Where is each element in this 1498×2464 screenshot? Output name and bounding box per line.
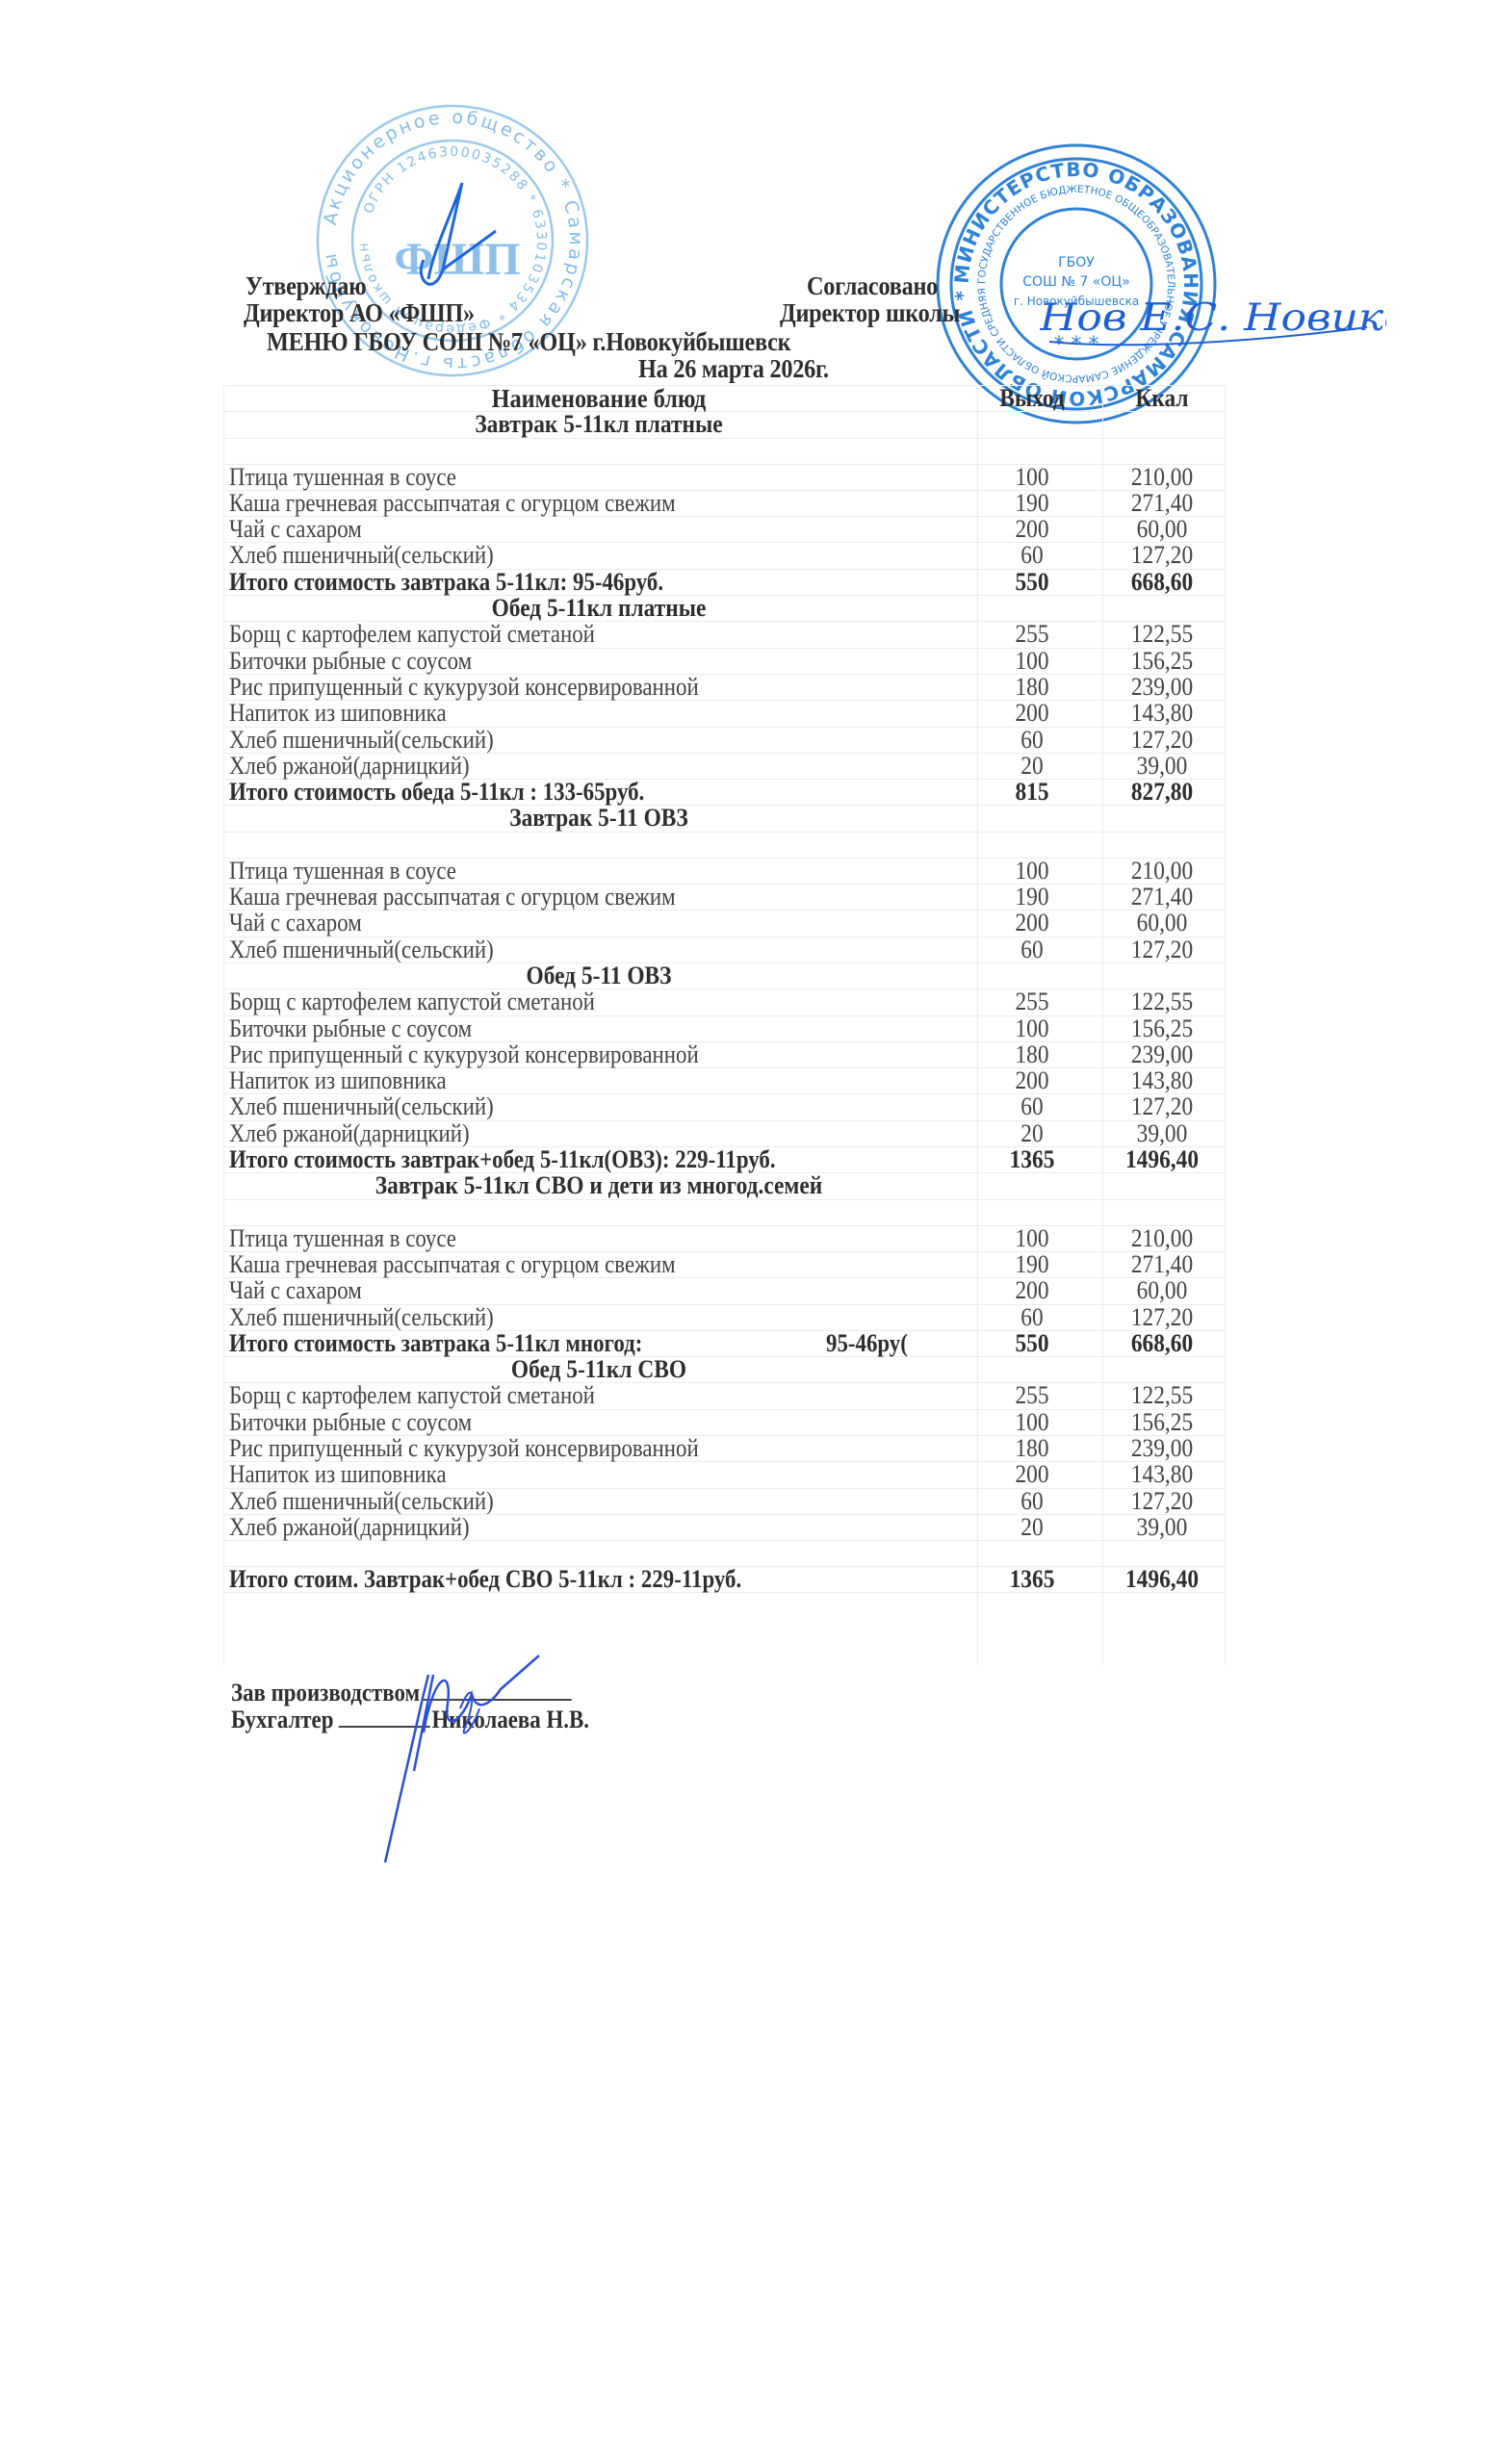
dish-name: Борщ с картофелем капустой сметаной <box>229 989 595 1014</box>
total-row: Итого стоимость завтрака 5-11кл многод:9… <box>223 1331 1225 1357</box>
total-row: Итого стоимость завтрака 5-11кл: 95-46ру… <box>223 570 1225 596</box>
dish-name: Хлеб пшеничный(сельский) <box>229 1305 494 1330</box>
section-title: Завтрак 5-11 ОВЗ <box>261 806 937 831</box>
output-value: 20 <box>985 1121 1080 1146</box>
output-value: 180 <box>985 675 1080 700</box>
output-value: 200 <box>985 517 1080 542</box>
output-value: 20 <box>985 1515 1080 1540</box>
section-title: Обед 5-11кл платные <box>261 596 937 621</box>
kcal-value: 39,00 <box>1110 1121 1214 1146</box>
table-row: Напиток из шиповника200143,80 <box>223 1462 1225 1488</box>
kcal-value: 60,00 <box>1110 911 1214 936</box>
table-body: Завтрак 5-11кл платныеПтица тушенная в с… <box>223 412 1225 1593</box>
kcal-value: 1496,40 <box>1110 1147 1214 1172</box>
empty-row <box>223 1200 1225 1226</box>
table-row: Рис припущенный с кукурузой консервирова… <box>223 1436 1225 1462</box>
kcal-value: 156,25 <box>1110 1410 1214 1435</box>
kcal-value: 143,80 <box>1110 1462 1214 1487</box>
output-value: 255 <box>985 1383 1080 1408</box>
column-output-header: Выход <box>985 386 1080 411</box>
output-value: 815 <box>985 780 1080 805</box>
output-value: 255 <box>985 622 1080 647</box>
table-row: Рис припущенный с кукурузой консервирова… <box>223 1042 1225 1068</box>
kcal-value: 122,55 <box>1110 1383 1214 1408</box>
output-value: 550 <box>985 570 1080 595</box>
director-left: Директор АО «ФШП» <box>244 298 475 328</box>
kcal-value: 122,55 <box>1110 989 1214 1014</box>
kcal-value: 127,20 <box>1110 543 1214 568</box>
total-row: Итого стоимость обеда 5-11кл : 133-65руб… <box>223 780 1225 806</box>
dish-name: Каша гречневая рассыпчатая с огурцом све… <box>229 491 676 516</box>
output-value: 200 <box>985 1462 1080 1487</box>
dish-name: Борщ с картофелем капустой сметаной <box>229 622 595 647</box>
output-value: 60 <box>985 543 1080 568</box>
kcal-value: 239,00 <box>1110 675 1214 700</box>
table-row: Напиток из шиповника200143,80 <box>223 701 1225 727</box>
dish-name: Хлеб пшеничный(сельский) <box>229 1489 494 1514</box>
stamp-line-2: СОШ № 7 «ОЦ» <box>1022 274 1130 290</box>
kcal-value: 127,20 <box>1110 937 1214 962</box>
price-suffix: 95-46ру( <box>826 1331 908 1356</box>
table-row: Хлеб пшеничный(сельский)60127,20 <box>223 1489 1225 1515</box>
total-row: Итого стоим. Завтрак+обед СВО 5-11кл : 2… <box>223 1567 1225 1593</box>
table-row: Хлеб ржаной(дарницкий)2039,00 <box>223 1515 1225 1541</box>
dish-name: Рис припущенный с кукурузой консервирова… <box>229 675 699 700</box>
dish-name: Хлеб ржаной(дарницкий) <box>229 1515 470 1540</box>
dish-name: Хлеб пшеничный(сельский) <box>229 1094 494 1119</box>
dish-name: Борщ с картофелем капустой сметаной <box>229 1383 595 1408</box>
table-row: Чай с сахаром20060,00 <box>223 1278 1225 1304</box>
dish-name: Хлеб пшеничный(сельский) <box>229 728 494 753</box>
output-value: 190 <box>985 1252 1080 1277</box>
kcal-value: 271,40 <box>1110 1252 1214 1277</box>
dish-name: Чай с сахаром <box>229 517 362 542</box>
director-signature: Нов Е.С. Новикова <box>1040 289 1386 366</box>
table-header: Наименование блюд Выход Ккал <box>223 386 1225 412</box>
menu-title: МЕНЮ ГБОУ СОШ №7 «ОЦ» г.Новокуйбышевск <box>267 327 790 357</box>
column-name-header: Наименование блюд <box>261 386 937 411</box>
kcal-value: 156,25 <box>1110 1016 1214 1041</box>
section-title: Завтрак 5-11кл платные <box>261 412 937 437</box>
grid-line <box>1225 385 1226 1665</box>
output-value: 200 <box>985 911 1080 936</box>
section-header: Завтрак 5-11 ОВЗ <box>223 806 1225 832</box>
output-value: 60 <box>985 1305 1080 1330</box>
output-value: 20 <box>985 754 1080 779</box>
kcal-value: 271,40 <box>1110 885 1214 910</box>
dish-name: Биточки рыбные с соусом <box>229 1410 472 1435</box>
dish-name: Хлеб пшеничный(сельский) <box>229 543 494 568</box>
menu-table: Наименование блюд Выход Ккал Завтрак 5-1… <box>223 385 1225 1593</box>
dish-name: Птица тушенная в соусе <box>229 859 456 884</box>
output-value: 1365 <box>985 1567 1080 1592</box>
dish-name: Напиток из шиповника <box>229 1462 447 1487</box>
dish-name: Напиток из шиповника <box>229 701 447 726</box>
kcal-value: 239,00 <box>1110 1436 1214 1461</box>
dish-name: Чай с сахаром <box>229 911 362 936</box>
kcal-value: 127,20 <box>1110 1094 1214 1119</box>
kcal-value: 1496,40 <box>1110 1567 1214 1592</box>
dish-name: Птица тушенная в соусе <box>229 465 456 490</box>
section-title: Обед 5-11 ОВЗ <box>261 963 937 988</box>
agreed-label: Согласовано <box>807 271 938 301</box>
table-row: Хлеб ржаной(дарницкий)2039,00 <box>223 754 1225 780</box>
dish-name: Хлеб ржаной(дарницкий) <box>229 754 470 779</box>
table-row: Биточки рыбные с соусом100156,25 <box>223 649 1225 675</box>
table-row: Птица тушенная в соусе100210,00 <box>223 465 1225 491</box>
table-row: Птица тушенная в соусе100210,00 <box>223 859 1225 885</box>
total-row: Итого стоимость завтрак+обед 5-11кл(ОВЗ)… <box>223 1147 1225 1173</box>
kcal-value: 210,00 <box>1110 859 1214 884</box>
kcal-value: 127,20 <box>1110 1305 1214 1330</box>
footer-signature <box>366 1636 578 1867</box>
output-value: 180 <box>985 1042 1080 1067</box>
dish-name: Итого стоимость завтрака 5-11кл: 95-46ру… <box>229 570 663 595</box>
kcal-value: 239,00 <box>1110 1042 1214 1067</box>
kcal-value: 127,20 <box>1110 728 1214 753</box>
kcal-value: 143,80 <box>1110 701 1214 726</box>
kcal-value: 668,60 <box>1110 1331 1214 1356</box>
output-value: 190 <box>985 885 1080 910</box>
table-row: Борщ с картофелем капустой сметаной25512… <box>223 622 1225 648</box>
table-row: Каша гречневая рассыпчатая с огурцом све… <box>223 1252 1225 1278</box>
dish-name: Итого стоимость завтрак+обед 5-11кл(ОВЗ)… <box>229 1147 776 1172</box>
output-value: 550 <box>985 1331 1080 1356</box>
kcal-value: 143,80 <box>1110 1068 1214 1093</box>
output-value: 60 <box>985 937 1080 962</box>
table-row: Хлеб ржаной(дарницкий)2039,00 <box>223 1121 1225 1147</box>
table-row: Биточки рыбные с соусом100156,25 <box>223 1410 1225 1436</box>
kcal-value: 39,00 <box>1110 1515 1214 1540</box>
table-row: Хлеб пшеничный(сельский)60127,20 <box>223 728 1225 754</box>
dish-name: Напиток из шиповника <box>229 1068 447 1093</box>
kcal-value: 60,00 <box>1110 517 1214 542</box>
output-value: 100 <box>985 649 1080 674</box>
director-right: Директор школы <box>780 298 960 328</box>
dish-name: Итого стоимость обеда 5-11кл : 133-65руб… <box>229 780 644 805</box>
dish-name: Рис припущенный с кукурузой консервирова… <box>229 1436 699 1461</box>
dish-name: Птица тушенная в соусе <box>229 1226 456 1251</box>
output-value: 200 <box>985 1068 1080 1093</box>
section-title: Обед 5-11кл СВО <box>261 1357 937 1382</box>
table-row: Биточки рыбные с соусом100156,25 <box>223 1016 1225 1042</box>
dish-name: Хлеб ржаной(дарницкий) <box>229 1121 470 1146</box>
table-row: Каша гречневая рассыпчатая с огурцом све… <box>223 491 1225 517</box>
svg-text:Нов Е.С. Новикова: Нов Е.С. Новикова <box>1040 295 1386 339</box>
output-value: 255 <box>985 989 1080 1014</box>
output-value: 200 <box>985 1278 1080 1303</box>
section-header: Обед 5-11 ОВЗ <box>223 963 1225 989</box>
accountant-label: Бухгалтер <box>231 1706 333 1733</box>
table-row: Чай с сахаром20060,00 <box>223 517 1225 543</box>
output-value: 60 <box>985 728 1080 753</box>
section-header: Завтрак 5-11кл платные <box>223 412 1225 438</box>
dish-name: Биточки рыбные с соусом <box>229 649 472 674</box>
output-value: 180 <box>985 1436 1080 1461</box>
output-value: 100 <box>985 1410 1080 1435</box>
kcal-value: 127,20 <box>1110 1489 1214 1514</box>
kcal-value: 210,00 <box>1110 1226 1214 1251</box>
approve-label: Утверждаю <box>245 271 366 301</box>
dish-name: Чай с сахаром <box>229 1278 362 1303</box>
empty-row <box>223 833 1225 859</box>
table-row: Хлеб пшеничный(сельский)60127,20 <box>223 937 1225 963</box>
table-row: Хлеб пшеничный(сельский)60127,20 <box>223 543 1225 569</box>
dish-name: Биточки рыбные с соусом <box>229 1016 472 1041</box>
stamp-line-1: ГБОУ <box>1058 255 1095 270</box>
output-value: 100 <box>985 465 1080 490</box>
dish-name: Хлеб пшеничный(сельский) <box>229 937 494 962</box>
section-header: Обед 5-11кл платные <box>223 596 1225 622</box>
kcal-value: 39,00 <box>1110 754 1214 779</box>
dish-name: Итого стоим. Завтрак+обед СВО 5-11кл : 2… <box>229 1567 741 1592</box>
table-row: Хлеб пшеничный(сельский)60127,20 <box>223 1305 1225 1331</box>
table-row: Птица тушенная в соусе100210,00 <box>223 1226 1225 1252</box>
output-value: 190 <box>985 491 1080 516</box>
kcal-value: 271,40 <box>1110 491 1214 516</box>
section-header: Обед 5-11кл СВО <box>223 1357 1225 1383</box>
kcal-value: 60,00 <box>1110 1278 1214 1303</box>
output-value: 60 <box>985 1489 1080 1514</box>
dish-name: Рис припущенный с кукурузой консервирова… <box>229 1042 699 1067</box>
output-value: 100 <box>985 1016 1080 1041</box>
empty-row <box>223 1541 1225 1567</box>
kcal-value: 827,80 <box>1110 780 1214 805</box>
output-value: 60 <box>985 1094 1080 1119</box>
table-row: Рис припущенный с кукурузой консервирова… <box>223 675 1225 701</box>
kcal-value: 156,25 <box>1110 649 1214 674</box>
table-row: Каша гречневая рассыпчатая с огурцом све… <box>223 885 1225 911</box>
dish-name: Каша гречневая рассыпчатая с огурцом све… <box>229 885 676 910</box>
table-row: Борщ с картофелем капустой сметаной25512… <box>223 1383 1225 1409</box>
table-row: Напиток из шиповника200143,80 <box>223 1068 1225 1094</box>
kcal-value: 210,00 <box>1110 465 1214 490</box>
table-row: Чай с сахаром20060,00 <box>223 911 1225 937</box>
output-value: 100 <box>985 859 1080 884</box>
table-row: Борщ с картофелем капустой сметаной25512… <box>223 989 1225 1015</box>
output-value: 1365 <box>985 1147 1080 1172</box>
menu-date: На 26 марта 2026г. <box>638 354 829 384</box>
dish-name: Каша гречневая рассыпчатая с огурцом све… <box>229 1252 676 1277</box>
kcal-value: 668,60 <box>1110 570 1214 595</box>
empty-row <box>223 439 1225 465</box>
kcal-value: 122,55 <box>1110 622 1214 647</box>
output-value: 100 <box>985 1226 1080 1251</box>
section-title: Завтрак 5-11кл СВО и дети из многод.семе… <box>261 1173 937 1198</box>
column-kcal-header: Ккал <box>1110 386 1214 411</box>
output-value: 200 <box>985 701 1080 726</box>
table-row: Хлеб пшеничный(сельский)60127,20 <box>223 1094 1225 1120</box>
dish-name: Итого стоимость завтрака 5-11кл многод: <box>229 1331 642 1356</box>
section-header: Завтрак 5-11кл СВО и дети из многод.семе… <box>223 1173 1225 1199</box>
